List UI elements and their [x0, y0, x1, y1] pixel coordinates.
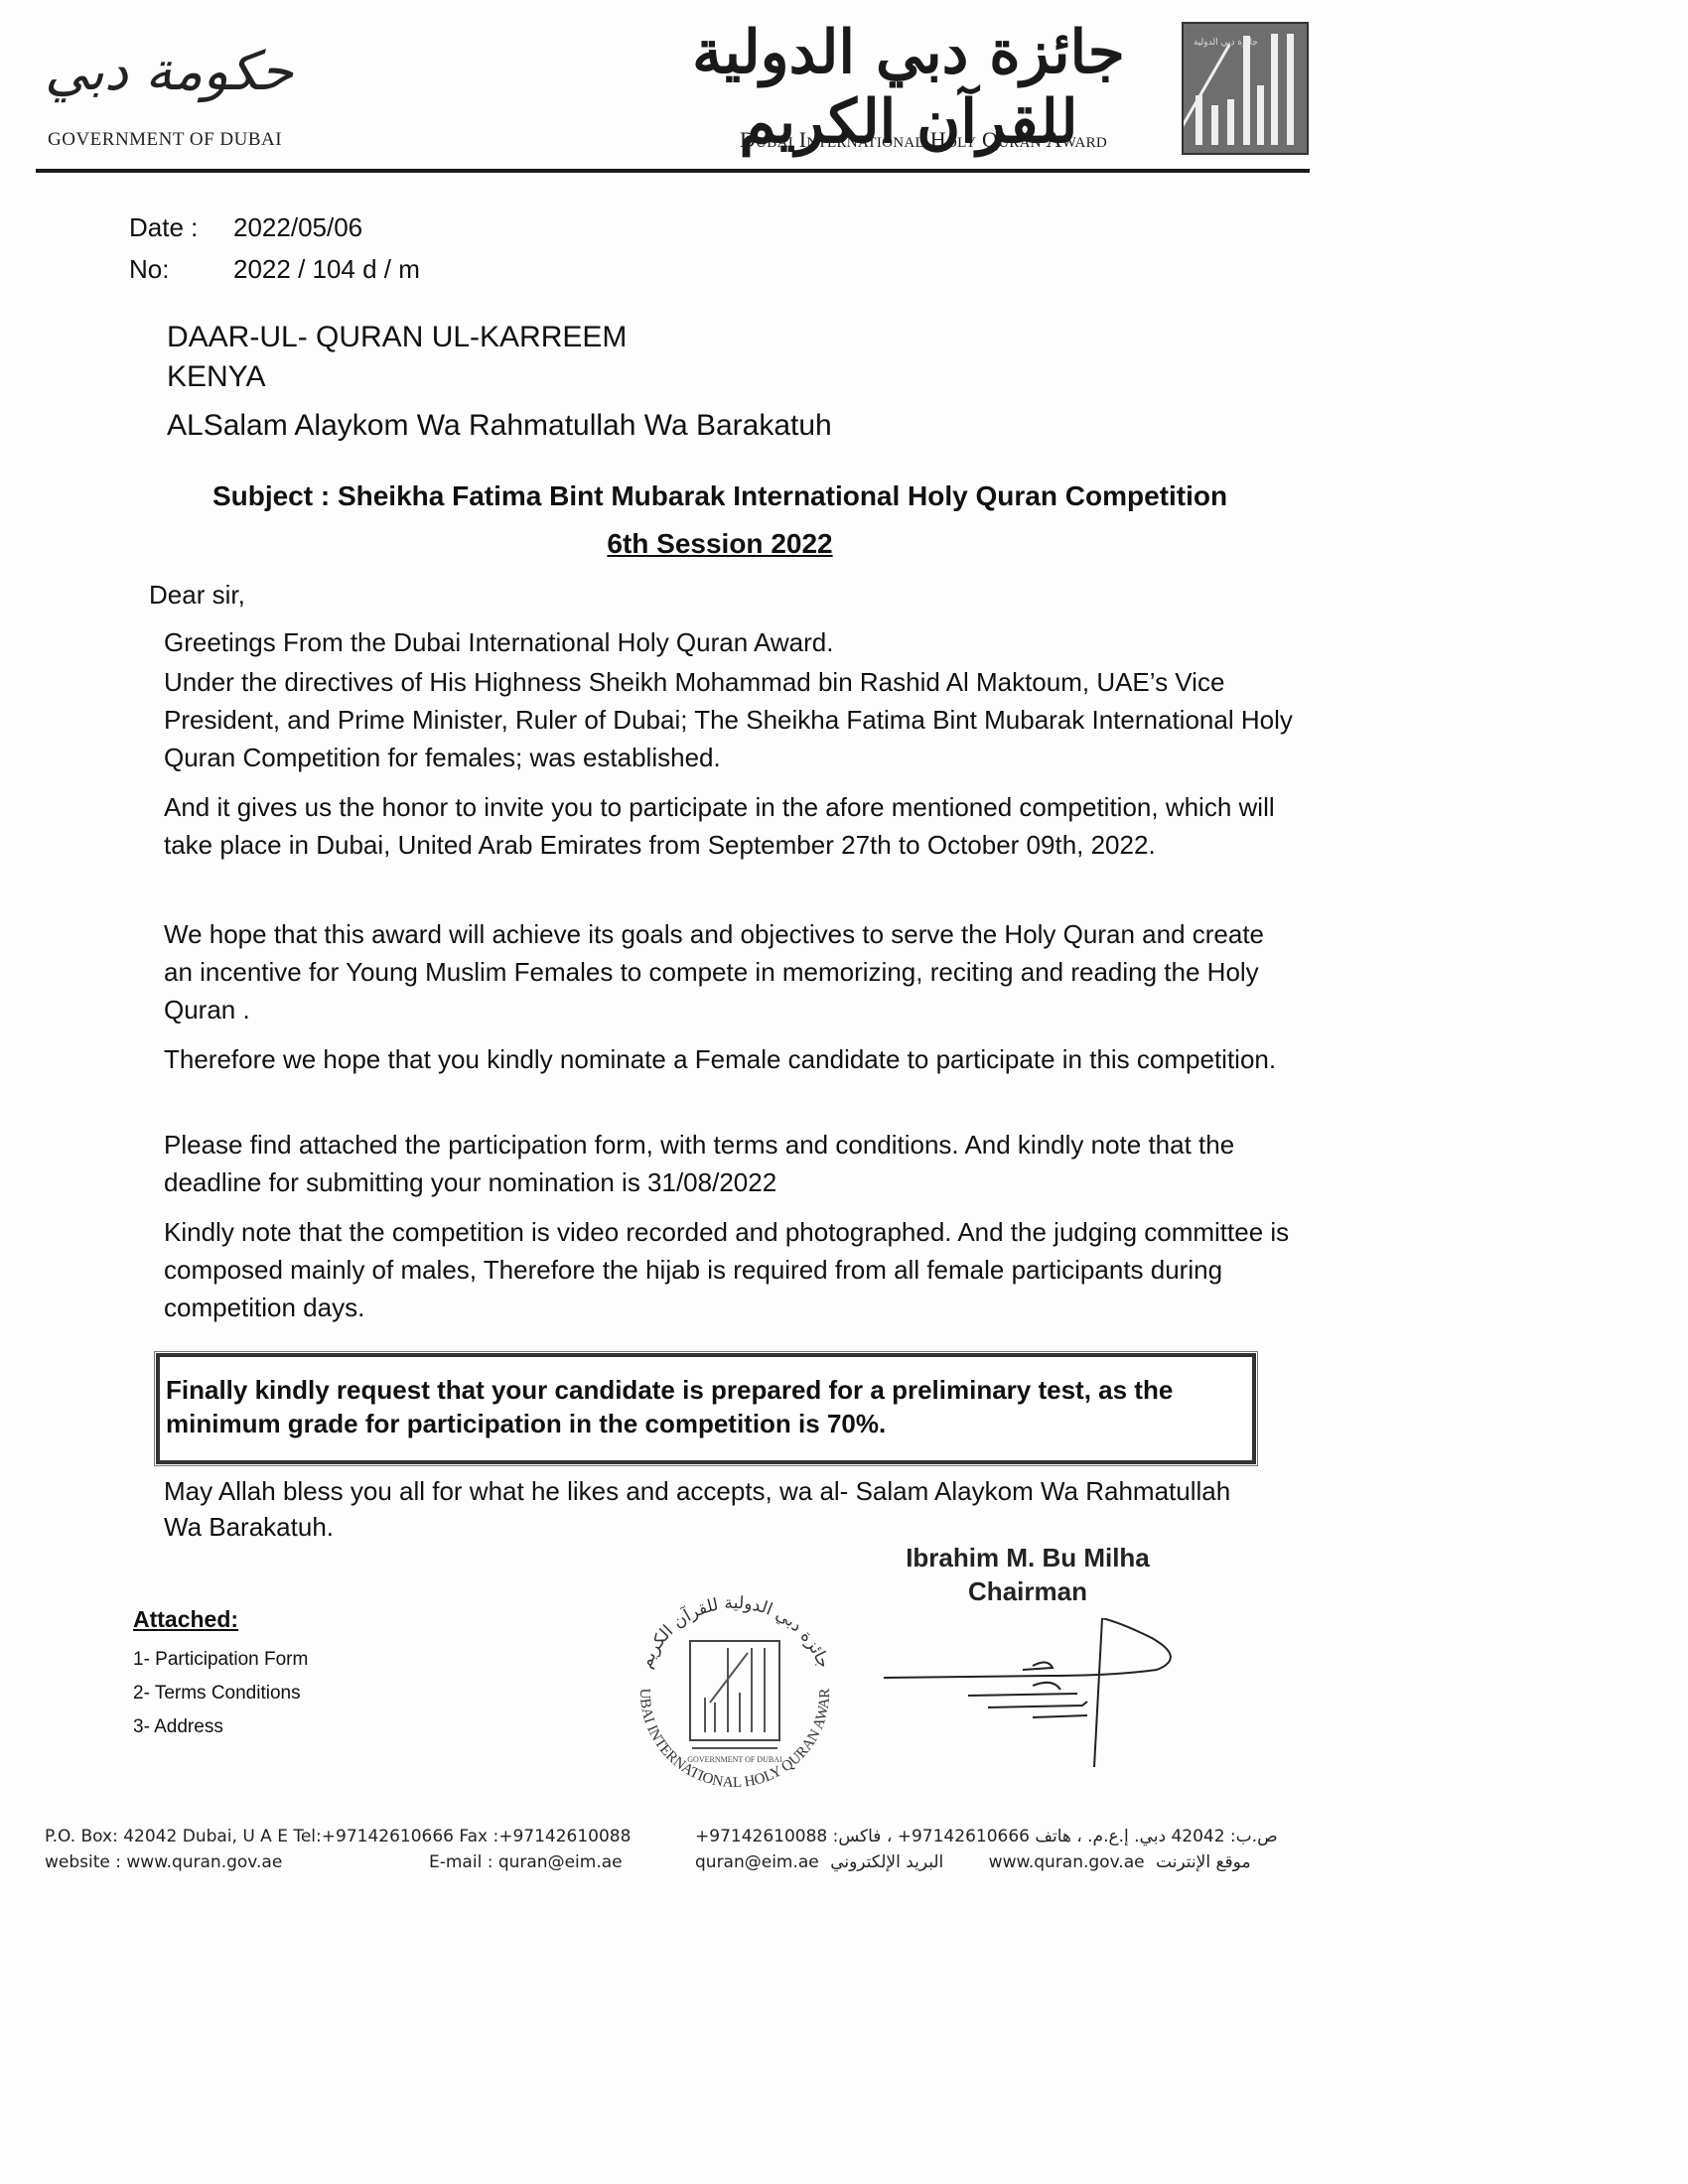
header-divider [36, 169, 1310, 173]
date-label: Date : [129, 212, 198, 243]
recipient-country: KENYA [167, 357, 627, 397]
footer-address: P.O. Box: 42042 Dubai, U A E Tel:+971426… [45, 1827, 631, 1846]
recipient-name: DAAR-UL- QURAN UL-KARREEM [167, 318, 627, 357]
footer-arabic-email-label: البريد الإلكتروني [830, 1852, 943, 1872]
footer-arabic-address: ص.ب: 42042 دبي. إ.ع.م. ، هاتف 9714261066… [695, 1827, 1311, 1846]
footer-arabic-contacts: quran@eim.ae البريد الإلكتروني www.quran… [695, 1852, 1311, 1872]
reference-number-label: No: [129, 254, 169, 285]
seal-inner-text: GOVERNMENT OF DUBAI [687, 1755, 782, 1764]
government-of-dubai-label: GOVERNMENT OF DUBAI [48, 129, 282, 151]
quran-award-logo-icon: جائزة دبي الدولية [1182, 22, 1309, 155]
salutation: Dear sir, [149, 580, 245, 611]
footer-website: website : www.quran.gov.ae [45, 1852, 282, 1872]
date-value: 2022/05/06 [233, 212, 362, 243]
subject-line: Subject : Sheikha Fatima Bint Mubarak In… [159, 480, 1281, 512]
body-paragraph: Under the directives of His Highness She… [164, 663, 1296, 776]
footer-arabic-email: quran@eim.ae [695, 1852, 819, 1872]
body-paragraph: We hope that this award will achieve its… [164, 915, 1296, 1028]
attachments-title: Attached: [133, 1606, 238, 1633]
greeting: ALSalam Alaykom Wa Rahmatullah Wa Baraka… [167, 409, 832, 443]
body-paragraph: Kindly note that the competition is vide… [164, 1213, 1296, 1326]
session-title: 6th Session 2022 [159, 528, 1281, 560]
body-paragraph: And it gives us the honor to invite you … [164, 788, 1296, 864]
attachment-item: 3- Address [133, 1710, 308, 1744]
closing-paragraph: May Allah bless you all for what he like… [164, 1473, 1256, 1545]
footer-arabic-website: www.quran.gov.ae [989, 1852, 1145, 1872]
svg-text:جائزة دبي الدولية للقرآن الكري: جائزة دبي الدولية للقرآن الكريم [636, 1593, 834, 1671]
attachment-item: 1- Participation Form [133, 1643, 308, 1677]
government-of-dubai-arabic-logo: حكومة دبي [45, 40, 293, 102]
footer-arabic-website-label: موقع الإنترنت [1156, 1852, 1251, 1872]
signature-icon [884, 1618, 1182, 1767]
attachments-list: 1- Participation Form 2- Terms Condition… [133, 1643, 308, 1744]
signatory-name: Ibrahim M. Bu Milha [864, 1541, 1192, 1574]
seal-arabic-ring: جائزة دبي الدولية للقرآن الكريم [636, 1593, 834, 1671]
preliminary-test-notice: Finally kindly request that your candida… [156, 1353, 1256, 1464]
official-seal-icon: جائزة دبي الدولية للقرآن الكريم DUBAI IN… [611, 1573, 859, 1822]
attachment-item: 2- Terms Conditions [133, 1677, 308, 1710]
recipient-address: DAAR-UL- QURAN UL-KARREEM KENYA [167, 318, 627, 397]
signatory-title: Chairman [864, 1574, 1192, 1608]
body-paragraph: Therefore we hope that you kindly nomina… [164, 1040, 1296, 1078]
body-paragraph: Greetings From the Dubai International H… [164, 623, 1296, 661]
footer-email: E-mail : quran@eim.ae [429, 1852, 623, 1872]
body-paragraph: Please find attached the participation f… [164, 1126, 1296, 1201]
signatory-block: Ibrahim M. Bu Milha Chairman [864, 1541, 1192, 1608]
reference-number-value: 2022 / 104 d / m [233, 254, 420, 285]
award-english-title: Dubai International Holy Quran Award [690, 127, 1157, 153]
